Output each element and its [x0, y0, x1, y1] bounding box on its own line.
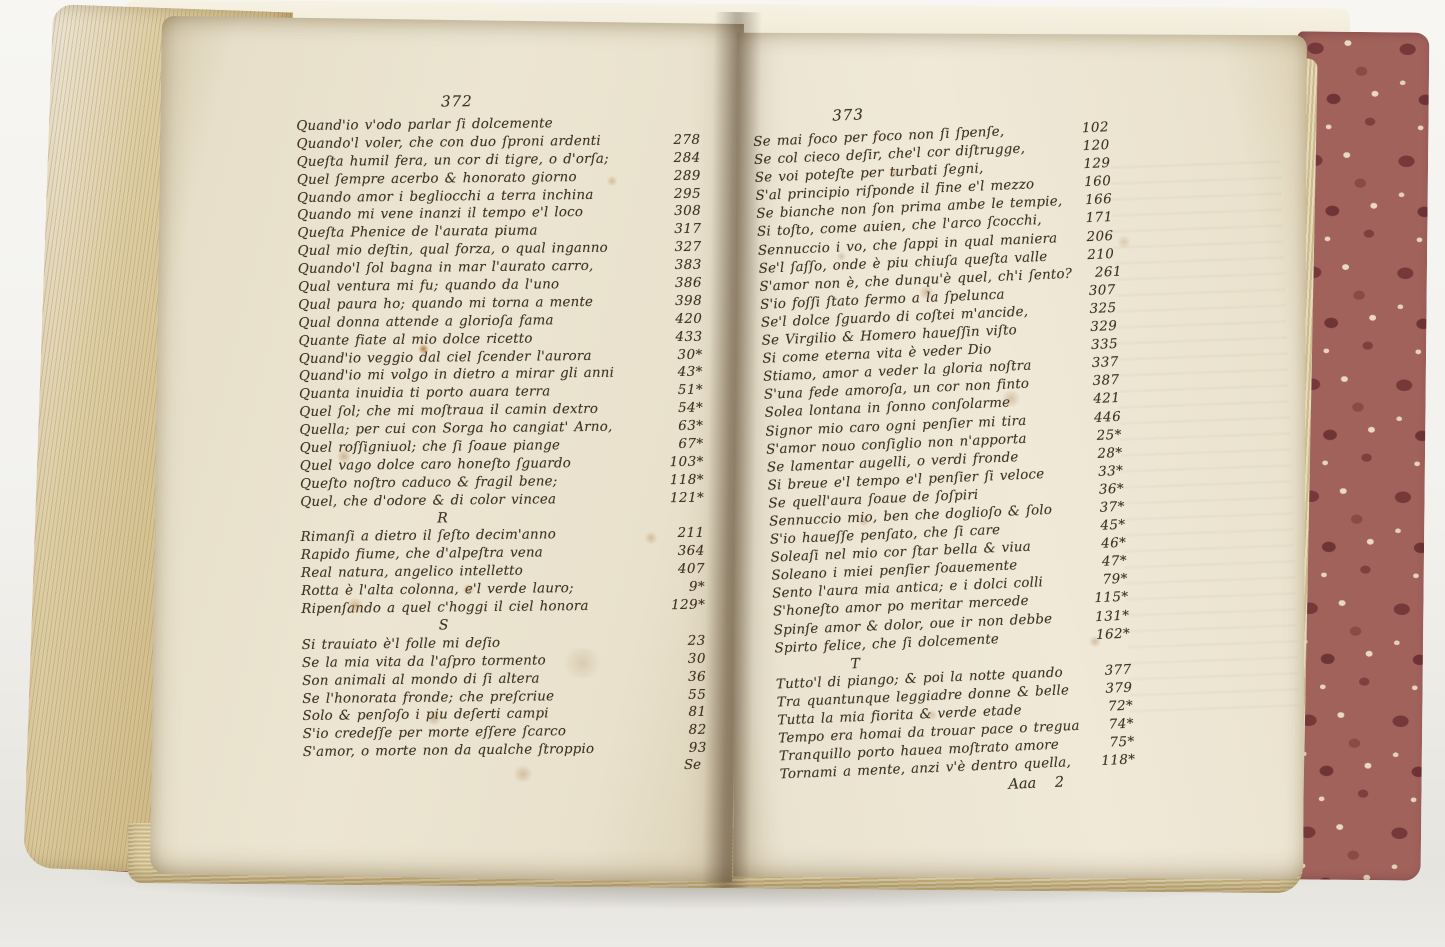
entry-page-number: 329: [1067, 318, 1118, 338]
entry-page-number: 118*: [1085, 752, 1136, 772]
entry-page-number: 55: [656, 686, 706, 704]
foxing-stain: [918, 286, 935, 299]
entry-page-number: 43*: [653, 364, 703, 382]
foxing-stain: [560, 648, 604, 678]
foxing-stain: [346, 598, 364, 613]
foxing-stain: [606, 176, 618, 186]
entry-page-number: 160: [1061, 173, 1112, 193]
entry-page-number: 446: [1071, 408, 1122, 428]
entry-page-number: 433: [652, 328, 702, 346]
entry-page-number: 28*: [1072, 444, 1123, 464]
foxing-stain: [426, 712, 442, 725]
entry-page-number: 337: [1069, 354, 1120, 374]
entry-page-number: 54*: [653, 400, 703, 418]
entry-page-number: 120: [1059, 137, 1110, 157]
entry-page-number: 47*: [1077, 553, 1128, 573]
entry-page-number: 211: [655, 525, 705, 543]
entry-page-number: 9*: [655, 579, 705, 597]
entry-page-number: 129: [1060, 155, 1111, 175]
entry-incipit-text: Real natura, angelico intelletto: [301, 563, 523, 583]
entry-page-number: 25*: [1072, 426, 1123, 446]
entry-page-number: 67*: [654, 436, 704, 454]
entry-page-number: 383: [652, 257, 702, 275]
foxing-stain: [1116, 236, 1132, 248]
entry-incipit-text: Si trauiato è'l folle mi deſio: [302, 635, 501, 655]
entry-page-number: 171: [1063, 209, 1114, 229]
entry-page-number: 121*: [654, 489, 704, 507]
entry-page-number: 387: [1069, 372, 1120, 392]
entry-page-number: 37*: [1075, 499, 1126, 519]
entry-page-number: 131*: [1079, 607, 1130, 627]
entry-page-number: 210: [1064, 246, 1115, 266]
entry-page-number: 289: [651, 167, 701, 185]
entry-page-number: 261: [1072, 263, 1123, 283]
entry-page-number: 75*: [1084, 734, 1135, 754]
foxing-stain: [888, 168, 901, 178]
entry-page-number: 33*: [1073, 463, 1124, 483]
entry-page-number: 325: [1066, 300, 1117, 320]
entry-incipit-text: Quella; per cui con Sorga ho cangiat' Ar…: [299, 419, 612, 440]
entry-page-number: 103*: [654, 454, 704, 472]
entry-page-number: 36*: [1074, 481, 1125, 501]
photograph-of-open-antique-book: 372 Quand'io v'odo parlar ſi dolcementeQ…: [0, 0, 1445, 947]
entry-page-number: 421: [1070, 390, 1121, 410]
foxing-stain: [926, 710, 938, 720]
foxing-stain: [512, 766, 534, 782]
entry-page-number: 118*: [654, 472, 704, 490]
foxing-stain: [836, 252, 847, 261]
entry-page-number: 115*: [1078, 589, 1129, 609]
entry-page-number: 364: [655, 543, 705, 561]
entry-incipit-text: Ripenſando a quel c'hoggi il ciel honora: [301, 598, 588, 619]
entry-page-number: 407: [655, 561, 705, 579]
entry-page-number: 317: [651, 221, 701, 239]
entry-page-number: 166: [1062, 191, 1113, 211]
right-page-index-column: 373 Se mai foco per foco non ſi ſpenſe,1…: [752, 95, 1137, 807]
entry-page-number: 82: [657, 722, 707, 740]
show-through-text: [1110, 147, 1299, 713]
entry-page-number: [650, 114, 700, 132]
entry-page-number: 206: [1063, 228, 1114, 248]
entry-incipit-text: Quel, che d'odore & di color vincea: [300, 491, 556, 512]
entry-page-number: 377: [1081, 661, 1132, 681]
entry-page-number: 23: [656, 633, 706, 651]
entry-page-number: 93: [657, 740, 707, 758]
entry-page-number: 307: [1066, 282, 1117, 302]
foxing-stain: [336, 450, 352, 463]
foxing-stain: [462, 584, 475, 595]
entry-page-number: 30*: [653, 346, 703, 364]
foxing-stain: [418, 344, 429, 354]
right-page-entry-list: Se mai foco per foco non ſi ſpenſe,102Se…: [753, 119, 1136, 785]
foxing-stain: [1088, 636, 1102, 647]
entry-page-number: 45*: [1075, 517, 1126, 537]
entry-page-number: 72*: [1083, 698, 1134, 718]
entry-page-number: 398: [652, 293, 702, 311]
entry-page-number: 278: [650, 132, 700, 150]
entry-page-number: 81: [656, 704, 706, 722]
entry-incipit-text: Quand'io mi volgo in dietro a mirar gli …: [299, 365, 614, 386]
entry-page-number: 386: [652, 275, 702, 293]
entry-page-number: 379: [1082, 679, 1133, 699]
entry-page-number: 420: [652, 311, 702, 329]
entry-page-number: 102: [1059, 119, 1110, 139]
left-page-entry-list: Quand'io v'odo parlar ſi dolcementeQuand…: [296, 114, 707, 762]
entry-page-number: 63*: [653, 418, 703, 436]
entry-page-number: 74*: [1084, 716, 1135, 736]
entry-page-number: 308: [651, 203, 701, 221]
foxing-stain: [858, 516, 870, 526]
entry-page-number: 36: [656, 668, 706, 686]
entry-page-number: 30: [656, 650, 706, 668]
entry-page-number: 51*: [653, 382, 703, 400]
foxing-stain: [644, 532, 658, 544]
entry-page-number: 129*: [655, 597, 705, 615]
foxing-stain: [1000, 390, 1022, 407]
entry-page-number: 46*: [1076, 535, 1127, 555]
entry-incipit-text: Quando mi vene inanzi il tempo e'l loco: [297, 204, 583, 225]
entry-page-number: 79*: [1078, 571, 1129, 591]
entry-page-number: 284: [651, 150, 701, 168]
entry-page-number: 335: [1068, 336, 1119, 356]
entry-incipit-text: S'amor, o morte non da qualche ſtroppio: [303, 741, 594, 762]
left-page-index-column: 372 Quand'io v'odo parlar ſi dolcementeQ…: [296, 90, 707, 780]
entry-page-number: 327: [652, 239, 702, 257]
entry-page-number: 295: [651, 185, 701, 203]
